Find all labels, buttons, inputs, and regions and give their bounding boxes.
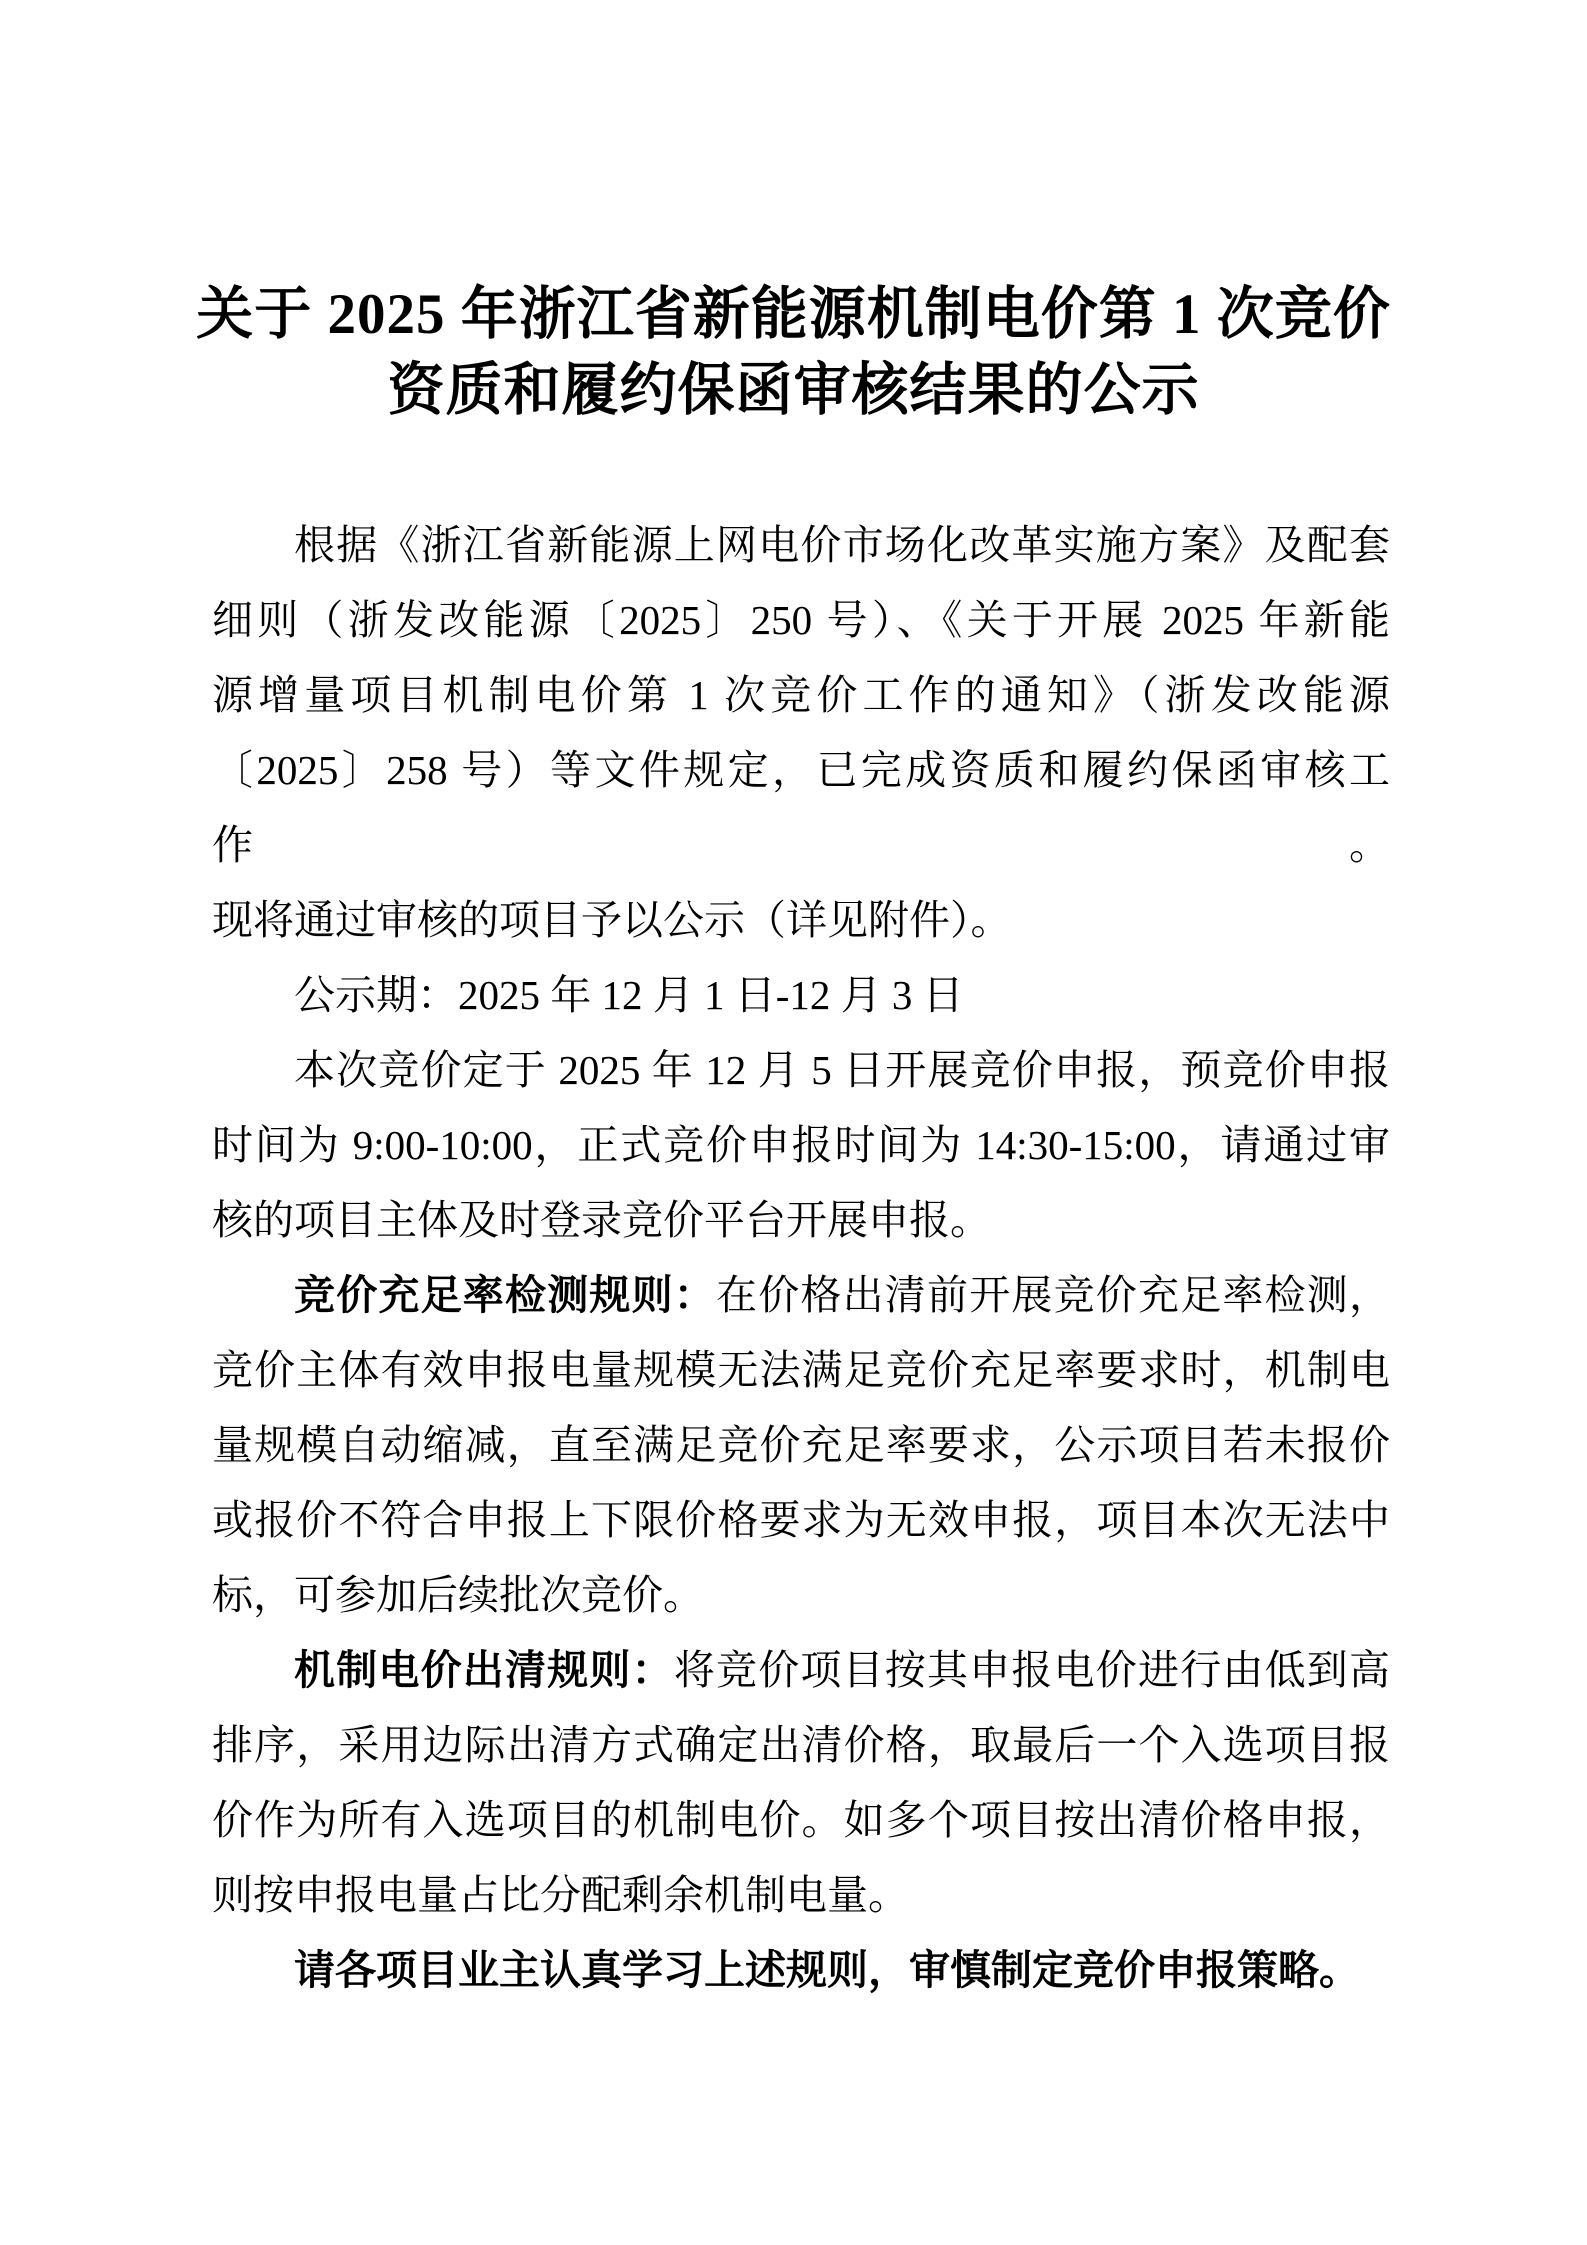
text-run: 时间为 9:00-10:00，正式竞价申报时间为 14:30-15:00，请通过… (212, 1122, 1390, 1168)
bold-text-run: 竞价充足率检测规则： (294, 1272, 716, 1318)
text-run: 将竞价项目按其申报电价进行由低到高 (674, 1647, 1390, 1693)
title-line-1: 关于 2025 年浙江省新能源机制电价第 1 次竞价 (100, 277, 1487, 353)
text-run: 或报价不符合申报上下限价格要求为无效申报，项目本次无法中 (212, 1497, 1390, 1543)
text-run: 现将通过审核的项目予以公示（详见附件）。 (212, 897, 1012, 943)
text-run: 〔2025〕258 号）等文件规定，已完成资质和履约保函审核工作。 (212, 747, 1390, 868)
body-text-line: 竞价充足率检测规则：在价格出清前开展竞价充足率检测， (212, 1258, 1390, 1333)
title-line-2: 资质和履约保函审核结果的公示 (100, 353, 1487, 429)
text-run: 量规模自动缩减，直至满足竞价充足率要求，公示项目若未报价 (212, 1422, 1390, 1468)
body-text-line: 竞价主体有效申报电量规模无法满足竞价充足率要求时，机制电 (212, 1333, 1390, 1408)
body-text-line: 或报价不符合申报上下限价格要求为无效申报，项目本次无法中 (212, 1483, 1390, 1558)
body-text-line: 则按申报电量占比分配剩余机制电量。 (212, 1858, 1390, 1933)
text-run: 价作为所有入选项目的机制电价。如多个项目按出清价格申报， (212, 1797, 1390, 1843)
body-text-line: 量规模自动缩减，直至满足竞价充足率要求，公示项目若未报价 (212, 1408, 1390, 1483)
text-run: 公示期：2025 年 12 月 1 日-12 月 3 日 (294, 972, 964, 1018)
body-text-line: 〔2025〕258 号）等文件规定，已完成资质和履约保函审核工作。 (212, 733, 1390, 883)
bold-text-run: 请各项目业主认真学习上述规则，审慎制定竞价申报策略。 (294, 1947, 1360, 1993)
body-text-line: 核的项目主体及时登录竞价平台开展申报。 (212, 1183, 1390, 1258)
text-run: 则按申报电量占比分配剩余机制电量。 (212, 1872, 909, 1918)
text-run: 排序，采用边际出清方式确定出清价格，取最后一个入选项目报 (212, 1722, 1390, 1768)
body-text-line: 标，可参加后续批次竞价。 (212, 1558, 1390, 1633)
body-text-line: 源增量项目机制电价第 1 次竞价工作的通知》（浙发改能源 (212, 658, 1390, 733)
text-run: 本次竞价定于 2025 年 12 月 5 日开展竞价申报，预竞价申报 (294, 1047, 1390, 1093)
text-run: 在价格出清前开展竞价充足率检测， (716, 1272, 1390, 1318)
document-title: 关于 2025 年浙江省新能源机制电价第 1 次竞价 资质和履约保函审核结果的公… (100, 277, 1487, 429)
body-text-line: 请各项目业主认真学习上述规则，审慎制定竞价申报策略。 (212, 1933, 1390, 2008)
document-page: 关于 2025 年浙江省新能源机制电价第 1 次竞价 资质和履约保函审核结果的公… (0, 0, 1587, 2245)
body-text-line: 时间为 9:00-10:00，正式竞价申报时间为 14:30-15:00，请通过… (212, 1108, 1390, 1183)
body-text-line: 现将通过审核的项目予以公示（详见附件）。 (212, 883, 1390, 958)
bold-text-run: 机制电价出清规则： (294, 1647, 674, 1693)
body-text-line: 排序，采用边际出清方式确定出清价格，取最后一个入选项目报 (212, 1708, 1390, 1783)
body-text-line: 机制电价出清规则：将竞价项目按其申报电价进行由低到高 (212, 1633, 1390, 1708)
text-run: 竞价主体有效申报电量规模无法满足竞价充足率要求时，机制电 (212, 1347, 1390, 1393)
text-run: 源增量项目机制电价第 1 次竞价工作的通知》（浙发改能源 (212, 672, 1390, 718)
body-text-line: 公示期：2025 年 12 月 1 日-12 月 3 日 (212, 958, 1390, 1033)
text-run: 标，可参加后续批次竞价。 (212, 1572, 704, 1618)
text-run: 核的项目主体及时登录竞价平台开展申报。 (212, 1197, 991, 1243)
document-body: 根据《浙江省新能源上网电价市场化改革实施方案》及配套细则（浙发改能源〔2025〕… (212, 508, 1390, 2008)
text-run: 根据《浙江省新能源上网电价市场化改革实施方案》及配套 (294, 522, 1390, 568)
body-text-line: 本次竞价定于 2025 年 12 月 5 日开展竞价申报，预竞价申报 (212, 1033, 1390, 1108)
body-text-line: 细则（浙发改能源〔2025〕250 号）、《关于开展 2025 年新能 (212, 583, 1390, 658)
body-text-line: 价作为所有入选项目的机制电价。如多个项目按出清价格申报， (212, 1783, 1390, 1858)
body-text-line: 根据《浙江省新能源上网电价市场化改革实施方案》及配套 (212, 508, 1390, 583)
text-run: 细则（浙发改能源〔2025〕250 号）、《关于开展 2025 年新能 (212, 597, 1390, 643)
